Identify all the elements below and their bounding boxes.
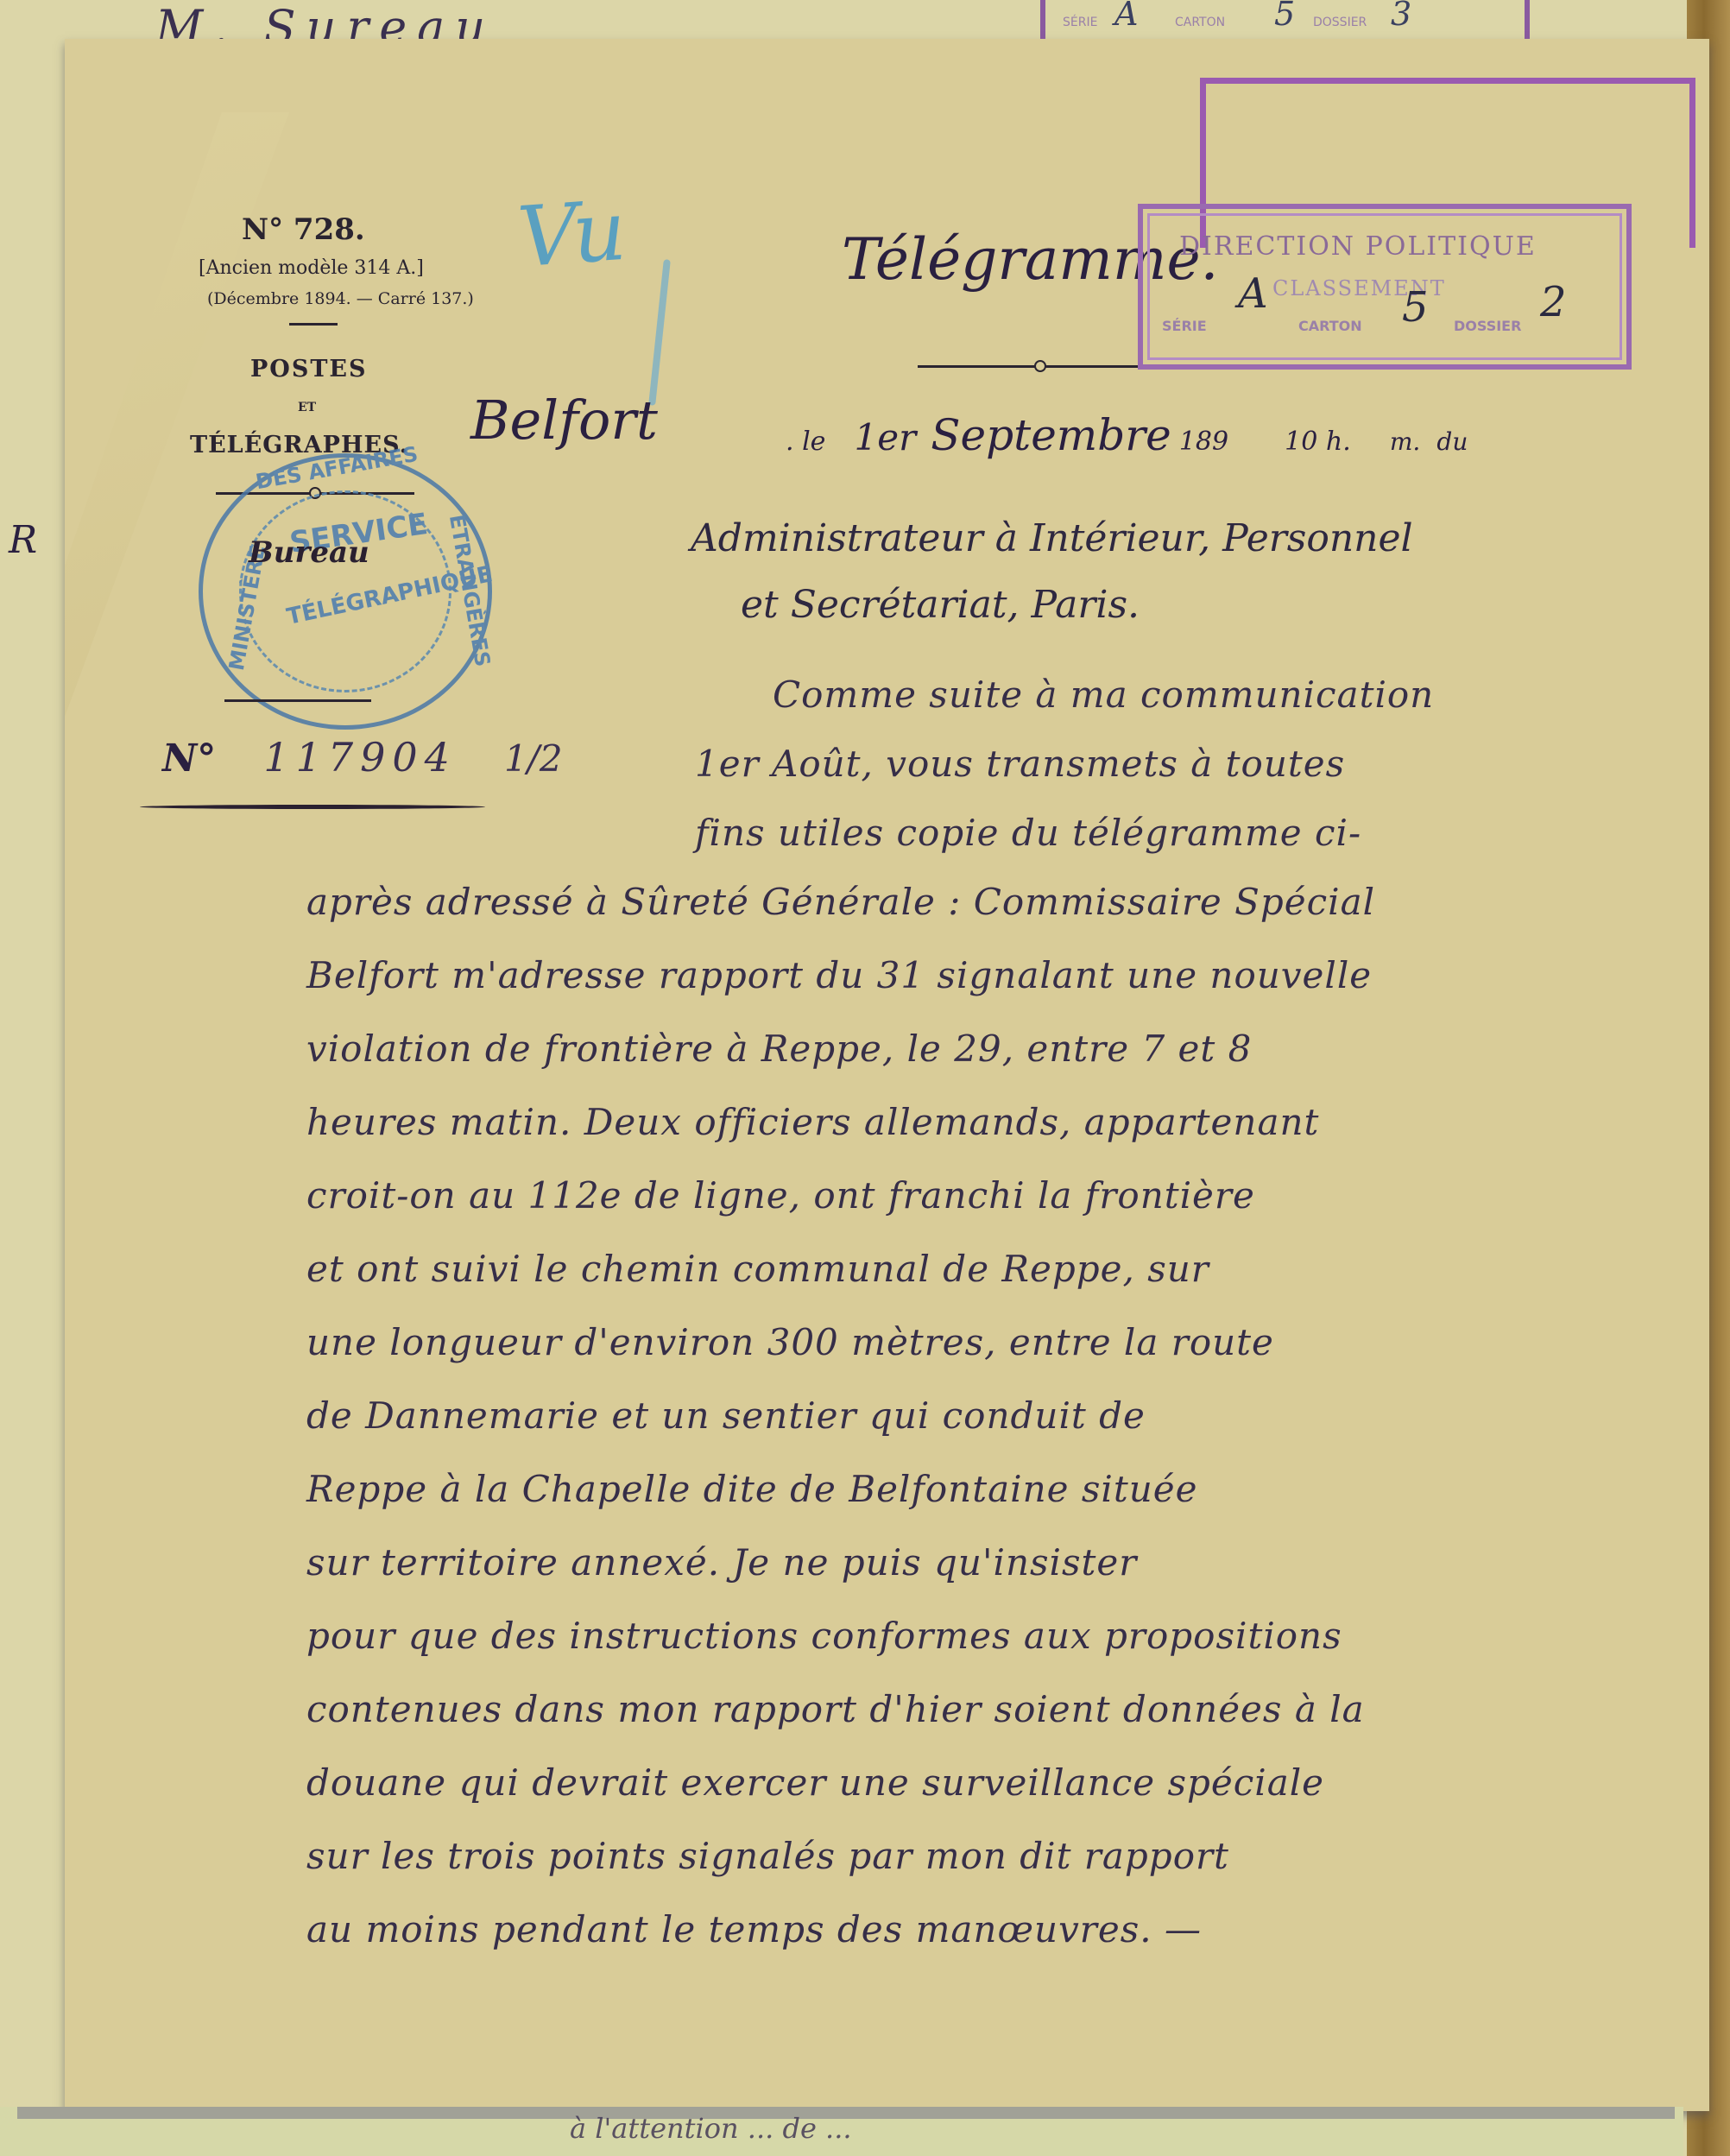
date-period: du	[1436, 427, 1468, 456]
form-number: N° 728.	[242, 212, 365, 247]
divider	[289, 323, 338, 326]
underlying-carton-label: CARTON	[1175, 16, 1225, 29]
number-label: N°	[162, 737, 216, 781]
date-line: . le 1er Septembre 189 10 h. m. du	[786, 410, 1468, 460]
stamp-serie-value: A	[1238, 269, 1268, 318]
body-line: pour que des instructions conformes aux …	[306, 1615, 1342, 1657]
pencil-annotation: Vu	[515, 182, 629, 286]
agency-and: ET	[298, 401, 316, 414]
date-day: 1er	[855, 416, 917, 458]
underlying-carton-value: 5	[1274, 0, 1295, 33]
body-line: 1er Août, vous transmets à toutes	[695, 743, 1345, 785]
body-line: au moins pendant le temps des manœuvres.…	[306, 1908, 1202, 1951]
title-ornament-dot	[1034, 360, 1046, 372]
body-line: sur les trois points signalés par mon di…	[306, 1835, 1229, 1877]
addressee-line-1: Administrateur à Intérieur, Personnel	[691, 516, 1413, 560]
body-line: Reppe à la Chapelle dite de Belfontaine …	[306, 1468, 1197, 1510]
body-line: une longueur d'environ 300 mètres, entre…	[306, 1321, 1274, 1363]
body-line: fins utiles copie du télégramme ci-	[695, 812, 1361, 854]
body-line: Comme suite à ma communication	[773, 673, 1434, 716]
body-line: et ont suivi le chemin communal de Reppe…	[306, 1248, 1209, 1290]
body-line: douane qui devrait exercer une surveilla…	[306, 1761, 1324, 1804]
stamp-dossier-value: 2	[1540, 278, 1567, 326]
direction-politique-stamp: DIRECTION POLITIQUE CLASSEMENT SÉRIE A C…	[1138, 204, 1632, 370]
underlying-serie-label: SÉRIE	[1063, 16, 1097, 29]
number-value: 117904	[263, 734, 457, 781]
body-line: croit-on au 112e de ligne, ont franchi l…	[306, 1174, 1255, 1217]
telegram-number: N° 117904 1/2	[162, 734, 563, 781]
form-print-date: (Décembre 1894. — Carré 137.)	[207, 289, 474, 308]
form-model: [Ancien modèle 314 A.]	[199, 257, 424, 279]
underlying-bottom-handwriting: à l'attention ... de ...	[570, 2112, 852, 2145]
date-month: Septembre	[931, 410, 1171, 460]
stamp-carton-value: 5	[1402, 283, 1429, 332]
body-line: violation de frontière à Reppe, le 29, e…	[306, 1027, 1252, 1070]
stamp-serie-label: SÉRIE	[1162, 318, 1207, 334]
body-line: après adressé à Sûreté Générale : Commis…	[306, 881, 1375, 923]
margin-letter: R	[9, 518, 37, 562]
addressee-line-2: et Secrétariat, Paris.	[741, 583, 1140, 627]
date-le: . le	[786, 427, 825, 457]
date-year: 189	[1179, 427, 1228, 457]
stamp-dossier-label: DOSSIER	[1454, 318, 1521, 334]
stamp-carton-label: CARTON	[1298, 318, 1362, 334]
underlying-dossier-value: 3	[1391, 0, 1411, 33]
body-line: contenues dans mon rapport d'hier soient…	[306, 1688, 1365, 1730]
date-minutes: m.	[1390, 427, 1420, 456]
bureau-label: Bureau	[249, 535, 369, 570]
ministry-seal-stamp: DES AFFAIRES MINISTÈRE ÉTRANGÈRES SERVIC…	[199, 453, 492, 730]
bureau-rule	[224, 699, 371, 702]
agency-postes: POSTES	[250, 356, 368, 383]
page-part: 1/2	[504, 737, 563, 780]
stamp-direction: DIRECTION POLITIQUE	[1179, 231, 1537, 262]
underlying-serie-value: A	[1114, 0, 1138, 33]
body-line: heures matin. Deux officiers allemands, …	[306, 1101, 1319, 1143]
body-line: sur territoire annexé. Je ne puis qu'ins…	[306, 1541, 1137, 1584]
body-line: de Dannemarie et un sentier qui conduit …	[306, 1394, 1146, 1437]
underlying-dossier-label: DOSSIER	[1313, 16, 1367, 29]
number-underline	[140, 805, 485, 809]
date-time: 10 h.	[1285, 427, 1351, 457]
body-line: Belfort m'adresse rapport du 31 signalan…	[306, 954, 1372, 996]
origin-city: Belfort	[470, 389, 658, 452]
